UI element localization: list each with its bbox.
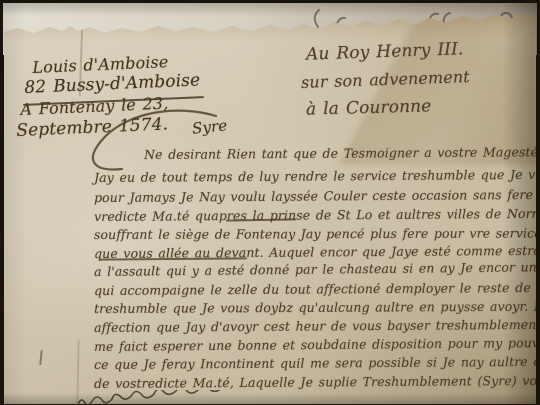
body-line: Ne desirant Rien tant que de Tesmoigner …	[144, 144, 540, 162]
body-line: souffrant le siège de Fontenay Jay pencé…	[94, 225, 540, 242]
body-line: a l'assault qui y a esté donné par le ch…	[94, 259, 540, 279]
margin-mark	[39, 350, 43, 365]
bottom-line-fragment	[4, 390, 540, 405]
body-line: ce que Je feray Incontinent quil me sera…	[94, 353, 540, 372]
letter-paper: Louis d'Amboise 82 Bussy-d'Amboise A Fon…	[4, 0, 536, 404]
body-line: pour Jamays Je Nay voulu layssée Couler …	[94, 186, 540, 205]
note-line: Septembre 1574.	[16, 114, 168, 141]
body-line: Jay eu de tout temps de luy rendre le se…	[94, 166, 540, 185]
salutation: Syre	[191, 116, 228, 138]
body-line: me faict esperer une bonne et soubdaine …	[94, 335, 540, 354]
body-line: vredicte Ma.té quapres la prinse de St L…	[94, 206, 540, 224]
body-line: treshumble que Je vous doybz qu'aulcung …	[94, 298, 540, 316]
manuscript-photo: Louis d'Amboise 82 Bussy-d'Amboise A Fon…	[0, 0, 540, 405]
body-line: qui accompaigne le zelle du tout affecti…	[94, 279, 540, 298]
address-heading-line: à la Couronne	[306, 96, 432, 119]
body-line: affection que Jay d'avoyr cest heur de v…	[94, 317, 540, 335]
body-line: de vostredicte Ma.té, Laquelle Je suplie…	[94, 373, 540, 391]
